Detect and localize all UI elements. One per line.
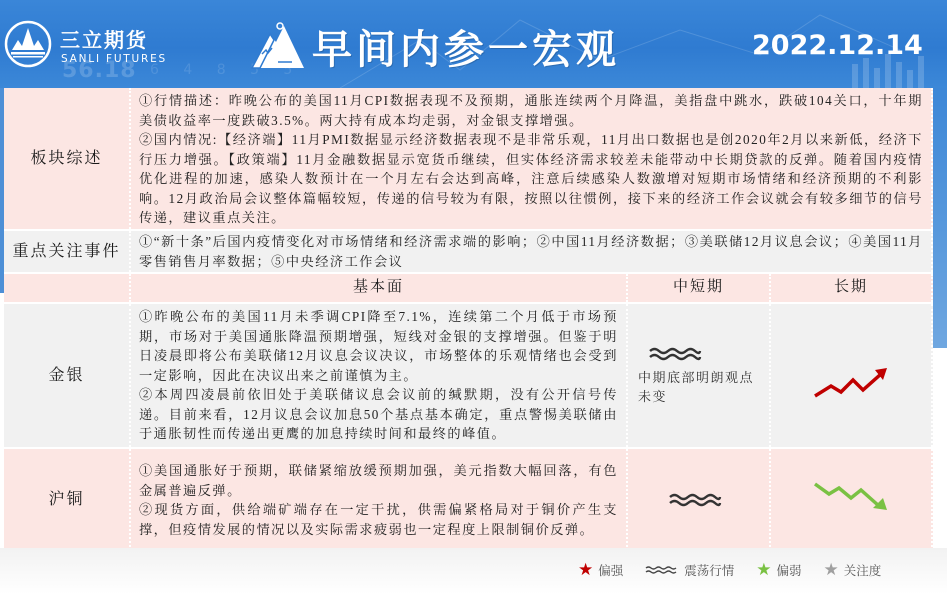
legend: ★ 偏强 震荡行情 ★ 偏弱 ★ 关注度 [578,560,903,580]
long-outlook [771,449,933,551]
report-date: 2022.12.14 [752,30,923,61]
right-accent-strip [933,88,947,348]
wave-icon [668,492,722,508]
wave-icon [645,565,679,575]
overview-label: 板块综述 [4,88,131,229]
fundamentals-paragraph-2: ②现货方面，供给端矿端存在一定干扰，供需偏紧格局对于铜价产生支撑，但疫情发展的情… [139,500,618,539]
header-fundamentals: 基本面 [131,274,628,302]
wave-icon [648,346,702,362]
overview-paragraph-2: ②国内情况:【经济端】11月PMI数据显示经济数据表现不是非常乐观，11月出口数… [139,130,923,228]
legend-label: 偏强 [598,561,623,579]
table-row-copper: 沪铜 ①美国通胀好于预期，联储紧缩放缓预期加强，美元指数大幅回落，有色金属普遍反… [4,449,933,553]
overview-paragraph-1: ①行情描述：昨晚公布的美国11月CPI数据表现不及预期，通胀连续两个月降温，美指… [139,91,923,130]
events-row: 重点关注事件 ①“新十条”后国内疫情变化对市场情绪和经济需求端的影响；②中国11… [4,231,933,274]
table-row-gold-silver: 金银 ①昨晚公布的美国11月未季调CPI降至7.1%，连续第二个月低于市场预期，… [4,304,933,449]
brand-name-en: SANLI FUTURES [61,53,167,65]
short-mid-outlook: 中期底部明朗观点未变 [628,304,771,447]
green-star-icon: ★ [756,562,771,579]
brand-name-cn: 三立期货 [60,24,148,53]
header-short-mid: 中短期 [628,274,771,302]
sanli-logo-icon [4,20,52,68]
legend-item-attention: ★ 关注度 [824,561,882,579]
fundamentals-text: ①美国通胀好于预期，联储紧缩放缓预期加强，美元指数大幅回落，有色金属普遍反弹。 … [131,449,628,551]
trend-down-icon [811,480,891,514]
row-label: 沪铜 [4,449,131,551]
legend-item-bearish: ★ 偏弱 [756,561,801,579]
events-text: ①“新十条”后国内疫情变化对市场情绪和经济需求端的影响；②中国11月经济数据；③… [131,231,933,272]
overview-row: 板块综述 ①行情描述：昨晚公布的美国11月CPI数据表现不及预期，通胀连续两个月… [4,88,933,231]
fundamentals-paragraph-1: ①昨晚公布的美国11月未季调CPI降至7.1%，连续第二个月低于市场预期，市场对… [139,307,618,385]
table-header-row: 基本面 中短期 长期 [4,274,933,304]
fundamentals-paragraph-1: ①美国通胀好于预期，联储紧缩放缓预期加强，美元指数大幅回落，有色金属普遍反弹。 [139,461,618,500]
short-mid-note: 中期底部明朗观点未变 [638,368,759,406]
row-label: 金银 [4,304,131,447]
fundamentals-text: ①昨晚公布的美国11月未季调CPI降至7.1%，连续第二个月低于市场预期，市场对… [131,304,628,447]
grey-star-icon: ★ [824,562,839,579]
long-outlook [771,304,933,447]
events-label: 重点关注事件 [4,231,131,272]
legend-label: 偏弱 [777,561,802,579]
short-mid-outlook [628,449,771,551]
legend-label: 震荡行情 [684,561,734,579]
legend-label: 关注度 [844,561,882,579]
mountain-icon [248,20,306,72]
overview-text: ①行情描述：昨晚公布的美国11月CPI数据表现不及预期，通胀连续两个月降温，美指… [131,88,933,229]
red-star-icon: ★ [578,562,593,579]
header-banner: 56.18 6 4 8 5 5 三立期货 SANLI FUTURES 早间内参一… [0,0,947,88]
legend-item-bullish: ★ 偏强 [578,561,623,579]
header-blank [4,274,131,302]
page-title: 早间内参一宏观 [312,18,620,75]
report-table: 板块综述 ①行情描述：昨晚公布的美国11月CPI数据表现不及预期，通胀连续两个月… [4,88,933,553]
fundamentals-paragraph-2: ②本周四凌晨前依旧处于美联储议息会议前的缄默期，没有公开信号传递。目前来看，12… [139,385,618,444]
events-list: ①“新十条”后国内疫情变化对市场情绪和经济需求端的影响；②中国11月经济数据；③… [139,232,923,271]
header-long: 长期 [771,274,933,302]
legend-item-range: 震荡行情 [645,561,734,579]
trend-up-icon [811,366,891,400]
